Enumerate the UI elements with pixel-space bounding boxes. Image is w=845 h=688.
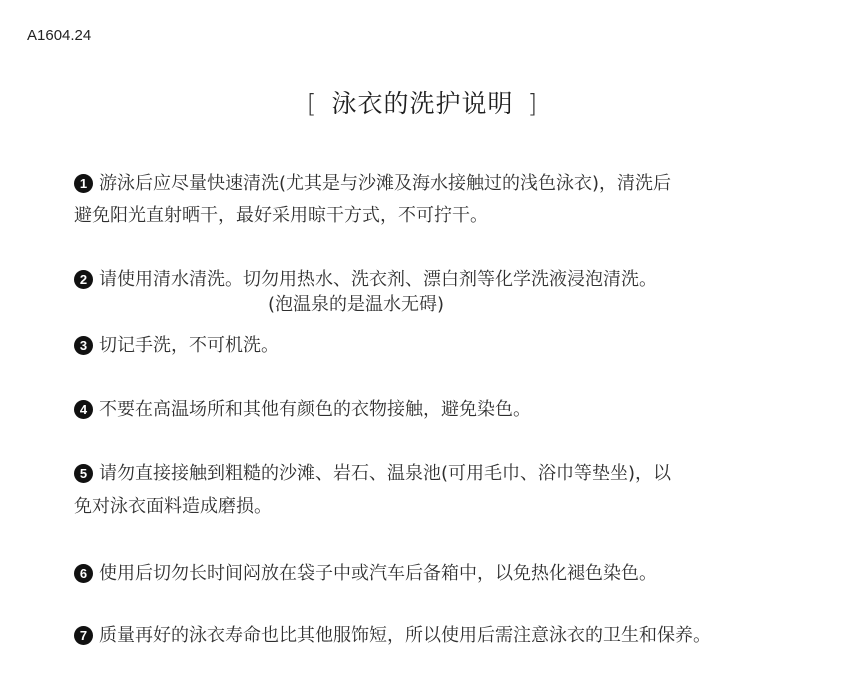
title-text: 泳衣的洗护说明 bbox=[331, 89, 513, 118]
instruction-text: 质量再好的泳衣寿命也比其他服饰短，所以使用后需注意泳衣的卫生和保养。 bbox=[99, 625, 711, 646]
instruction-item-5: 5请勿直接接触到粗糙的沙滩、岩石、温泉池(可用毛巾、浴巾等垫坐)，以 bbox=[74, 458, 671, 490]
title-close-bracket: ] bbox=[528, 89, 539, 118]
number-badge-icon: 3 bbox=[74, 336, 93, 355]
instruction-text: 切记手洗，不可机洗。 bbox=[99, 335, 279, 356]
number-badge-icon: 5 bbox=[74, 464, 93, 483]
number-badge-icon: 7 bbox=[74, 626, 93, 645]
instruction-item-6: 6使用后切勿长时间闷放在袋子中或汽车后备箱中，以免热化褪色染色。 bbox=[74, 558, 657, 590]
number-badge-icon: 4 bbox=[74, 400, 93, 419]
instruction-note: (泡温泉的是温水无碍) bbox=[268, 290, 444, 316]
instruction-text: 使用后切勿长时间闷放在袋子中或汽车后备箱中，以免热化褪色染色。 bbox=[99, 563, 657, 584]
instruction-text: 免对泳衣面料造成磨损。 bbox=[74, 496, 272, 517]
number-badge-icon: 6 bbox=[74, 564, 93, 583]
instruction-item-4: 4不要在高温场所和其他有颜色的衣物接触，避免染色。 bbox=[74, 394, 531, 426]
title-open-bracket: [ bbox=[307, 89, 318, 118]
instruction-text: 请勿直接接触到粗糙的沙滩、岩石、温泉池(可用毛巾、浴巾等垫坐)，以 bbox=[99, 463, 671, 484]
instruction-item-1: 1游泳后应尽量快速清洗(尤其是与沙滩及海水接触过的浅色泳衣)，清洗后 bbox=[74, 168, 671, 200]
instruction-item-5-continued: 免对泳衣面料造成磨损。 bbox=[74, 491, 272, 523]
instruction-text: 请使用清水清洗。切勿用热水、洗衣剂、漂白剂等化学洗液浸泡清洗。 bbox=[99, 269, 657, 290]
instruction-item-7: 7质量再好的泳衣寿命也比其他服饰短，所以使用后需注意泳衣的卫生和保养。 bbox=[74, 620, 711, 652]
product-code: A1604.24 bbox=[27, 27, 91, 44]
instruction-item-3: 3切记手洗，不可机洗。 bbox=[74, 330, 279, 362]
number-badge-icon: 2 bbox=[74, 270, 93, 289]
number-badge-icon: 1 bbox=[74, 174, 93, 193]
instruction-item-1-continued: 避免阳光直射晒干，最好采用晾干方式，不可拧干。 bbox=[74, 200, 488, 232]
page-title: [泳衣的洗护说明] bbox=[0, 84, 845, 120]
instruction-text: 游泳后应尽量快速清洗(尤其是与沙滩及海水接触过的浅色泳衣)，清洗后 bbox=[99, 173, 671, 194]
instruction-text: 避免阳光直射晒干，最好采用晾干方式，不可拧干。 bbox=[74, 205, 488, 226]
instruction-text: 不要在高温场所和其他有颜色的衣物接触，避免染色。 bbox=[99, 399, 531, 420]
